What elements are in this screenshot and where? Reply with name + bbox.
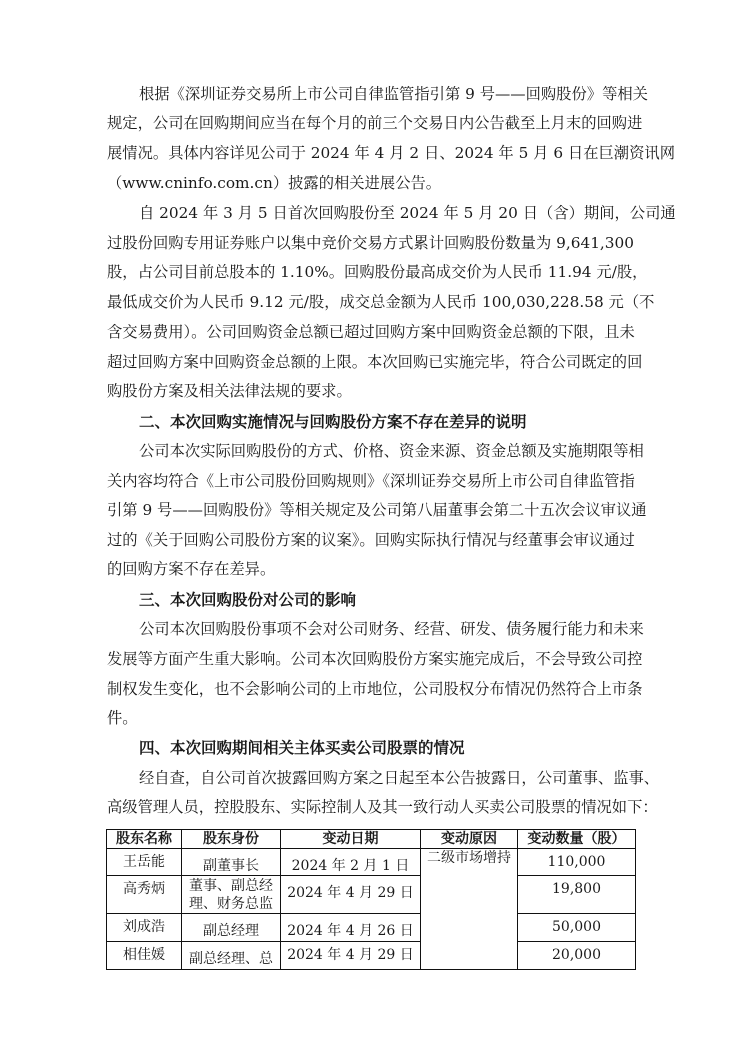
text-line: 自 2024 年 3 月 5 日首次回购股份至 2024 年 5 月 20 日（… [139, 198, 634, 228]
cell-quantity: 19,800 [518, 876, 636, 914]
table-row: 刘成浩 副总经理 2024 年 4 月 26 日 50,000 [107, 914, 636, 942]
cell-name: 王岳能 [107, 849, 182, 876]
cell-date: 2024 年 4 月 29 日 [281, 942, 421, 970]
header-shareholder-name: 股东名称 [107, 830, 182, 849]
text-line: 发展等方面产生重大影响。公司本次回购股份方案实施完成后，不会导致公司控 [107, 644, 634, 674]
text-line: 高级管理人员，控股股东、实际控制人及其一致行动人买卖公司股票的情况如下： [107, 792, 634, 822]
cell-role: 副董事长 [182, 849, 281, 876]
text-line: （www.cninfo.com.cn）披露的相关进展公告。 [107, 168, 634, 198]
cell-name: 相佳媛 [107, 942, 182, 970]
table-row: 王岳能 副董事长 2024 年 2 月 1 日 二级市场增持 110,000 [107, 849, 636, 876]
section-heading-4: 四、本次回购期间相关主体买卖公司股票的情况 [139, 733, 465, 763]
text-line: 超过回购方案中回购资金总额的上限。本次回购已实施完毕，符合公司既定的回 [107, 347, 634, 377]
cell-name: 高秀炳 [107, 876, 182, 914]
text-line: 关内容均符合《上市公司股份回购规则》《深圳证券交易所上市公司自律监管指 [107, 466, 634, 496]
text-line: 经自查，自公司首次披露回购方案之日起至本公告披露日，公司董事、监事、 [139, 763, 634, 793]
shareholder-trading-table: 股东名称 股东身份 变动日期 变动原因 变动数量（股） 王岳能 副董事长 202… [106, 829, 636, 970]
cell-date: 2024 年 4 月 29 日 [281, 876, 421, 914]
cell-quantity: 110,000 [518, 849, 636, 876]
cell-role: 副总经理、总 [182, 942, 281, 970]
text-line: 公司本次回购股份事项不会对公司财务、经营、研发、债务履行能力和未来 [139, 614, 634, 644]
header-shareholder-role: 股东身份 [182, 830, 281, 849]
table-header-row: 股东名称 股东身份 变动日期 变动原因 变动数量（股） [107, 830, 636, 849]
section-heading-2: 二、本次回购实施情况与回购股份方案不存在差异的说明 [139, 407, 527, 437]
text-line: 制权发生变化，也不会影响公司的上市地位，公司股权分布情况仍然符合上市条 [107, 674, 634, 704]
table-row: 相佳媛 副总经理、总 2024 年 4 月 29 日 20,000 [107, 942, 636, 970]
text-line: 展情况。具体内容详见公司于 2024 年 4 月 2 日、2024 年 5 月 … [107, 138, 634, 168]
cell-reason-merged: 二级市场增持 [421, 849, 518, 970]
text-line: 引第 9 号——回购股份》等相关规定及公司第八届董事会第二十五次会议审议通 [107, 495, 634, 525]
cell-role: 副总经理 [182, 914, 281, 942]
header-change-date: 变动日期 [281, 830, 421, 849]
header-change-reason: 变动原因 [421, 830, 518, 849]
section-heading-3: 三、本次回购股份对公司的影响 [139, 585, 356, 615]
text-line: 根据《深圳证券交易所上市公司自律监管指引第 9 号——回购股份》等相关 [139, 79, 634, 109]
header-change-quantity: 变动数量（股） [518, 830, 636, 849]
text-line: 股，占公司目前总股本的 1.10%。回购股份最高成交价为人民币 11.94 元/… [107, 257, 634, 287]
text-line: 的回购方案不存在差异。 [107, 554, 634, 584]
cell-quantity: 50,000 [518, 914, 636, 942]
text-line: 含交易费用）。公司回购资金总额已超过回购方案中回购资金总额的下限，且未 [107, 317, 634, 347]
table-row: 高秀炳 董事、副总经 理、财务总监 2024 年 4 月 29 日 19,800 [107, 876, 636, 914]
cell-date: 2024 年 2 月 1 日 [281, 849, 421, 876]
text-line: 件。 [107, 703, 634, 733]
cell-name: 刘成浩 [107, 914, 182, 942]
text-line: 过的《关于回购公司股份方案的议案》。回购实际执行情况与经董事会审议通过 [107, 525, 634, 555]
cell-date: 2024 年 4 月 26 日 [281, 914, 421, 942]
cell-role: 董事、副总经 理、财务总监 [182, 876, 281, 914]
text-line: 过股份回购专用证券账户以集中竞价交易方式累计回购股份数量为 9,641,300 [107, 228, 634, 258]
text-line: 公司本次实际回购股份的方式、价格、资金来源、资金总额及实施期限等相 [139, 436, 634, 466]
cell-quantity: 20,000 [518, 942, 636, 970]
text-line: 购股份方案及相关法律法规的要求。 [107, 376, 634, 406]
text-line: 最低成交价为人民币 9.12 元/股，成交总金额为人民币 100,030,228… [107, 287, 634, 317]
text-line: 规定，公司在回购期间应当在每个月的前三个交易日内公告截至上月末的回购进 [107, 108, 634, 138]
